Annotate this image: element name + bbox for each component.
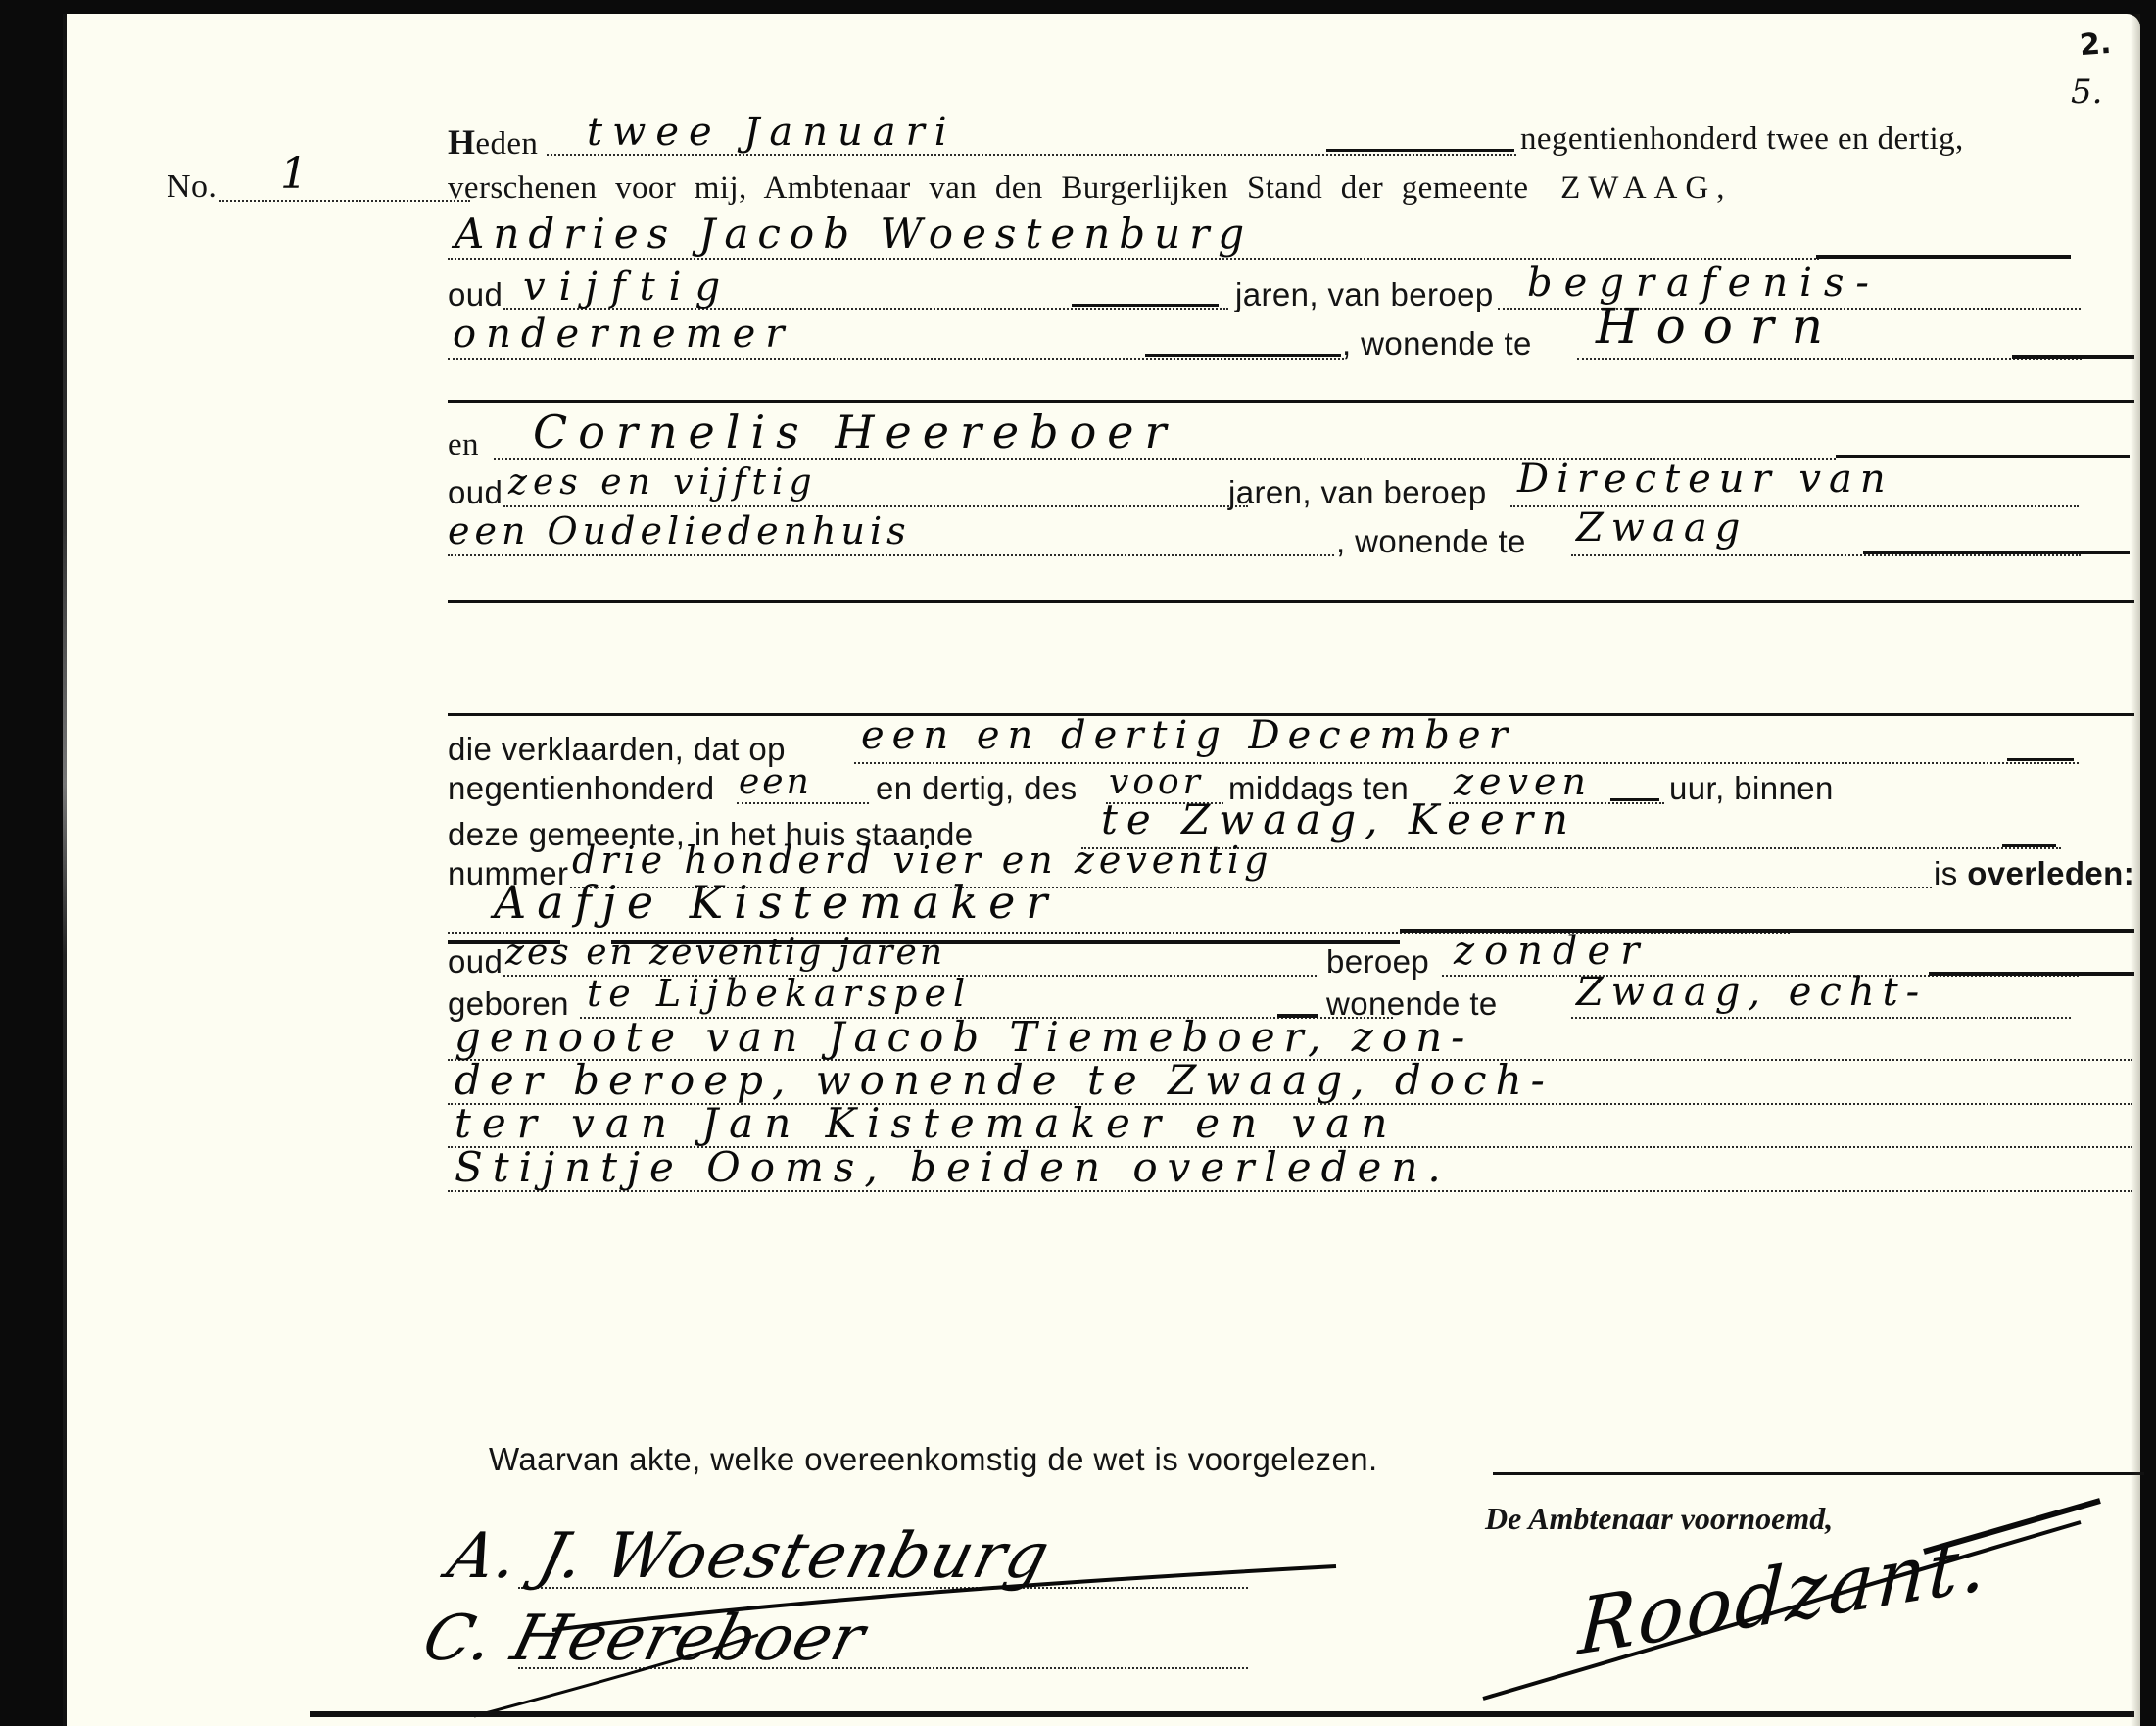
- signature-flourishes: [63, 14, 2140, 1726]
- death-certificate-page: 2. 5. No. 1 Heden twee Januari negentien…: [63, 14, 2140, 1726]
- bottom-border-line: [310, 1711, 2134, 1717]
